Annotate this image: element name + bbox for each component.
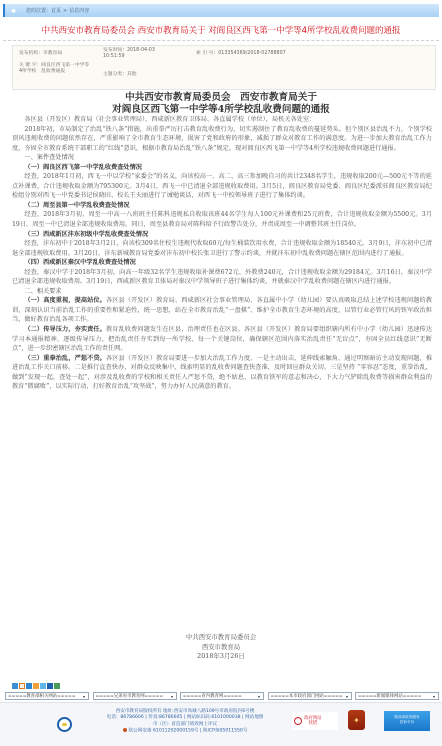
select-ministry-sites[interactable]: =====教育部相关网站===== bbox=[5, 692, 89, 700]
footer-info: 西安市教育局版权所有 地址:西安市凤城八路109号市政府院内6号楼 电话：867… bbox=[80, 709, 290, 735]
page-title: 中共西安市教育局委员会 西安市教育局关于 对阎良区西飞第一中学等4所学校乱收费问… bbox=[0, 24, 442, 36]
print-icon[interactable] bbox=[12, 683, 18, 689]
document-body: 各区县（开发区）教育局（社会事业管理局）、西咸新区教育卫体局、各直属学校（单位）… bbox=[12, 115, 432, 392]
magnifier-icon bbox=[294, 717, 302, 725]
select-sibling-province-sites[interactable]: =====兄弟省市教育网===== bbox=[93, 692, 177, 700]
breadcrumb-home-link[interactable]: 首页 bbox=[51, 7, 61, 14]
publisher-field: 发布机构：市教育局 bbox=[19, 51, 62, 57]
wechat-icon[interactable] bbox=[54, 683, 60, 689]
service-complaint-badge[interactable]: 陕西省政务服务 投诉平台 bbox=[384, 711, 430, 731]
related-links-row: =====教育部相关网站===== =====兄弟省市教育网===== ====… bbox=[5, 692, 439, 700]
chevron-down-icon bbox=[171, 696, 173, 698]
requirement-paragraph: （二）传导压力，夯实责任。教育乱收费问题发生在区县，治理责任也在区县。各区县（开… bbox=[12, 325, 432, 354]
signature-block: 中共西安市教育局委员会 西安市教育局 2018年3月26日 bbox=[0, 633, 442, 662]
chevron-down-icon bbox=[83, 696, 85, 698]
case-paragraph: 经查，秦汉中学于2018年3月初，向高一年级32名学生违规收取补课费672元、外… bbox=[12, 268, 432, 287]
section-heading-requirements: 二、相关要求 bbox=[12, 287, 432, 297]
gov-site-error-report-badge[interactable]: 政府网站 找错 bbox=[292, 712, 338, 730]
signature-org1: 中共西安市教育局委员会 bbox=[0, 633, 442, 643]
select-city-government-sites[interactable]: =====本市政府部门网站===== bbox=[268, 692, 352, 700]
document-title: 中共西安市教育局委员会 西安市教育局关于 对阎良区西飞第一中学等4所学校乱收费问… bbox=[0, 92, 442, 116]
salutation: 各区县（开发区）教育局（社会事业管理局）、西咸新区教育卫体局、各直属学校（单位）… bbox=[12, 115, 432, 125]
case-paragraph: 经查，2018年1月初，西飞一中以学校“家委会”的名义，向该校高一、高二、高三参… bbox=[12, 172, 432, 201]
document-title-line1: 中共西安市教育局委员会 西安市教育局关于 bbox=[0, 92, 442, 104]
footer: 西安市教育局版权所有 地址:西安市凤城八路109号市政府院内6号楼 电话：867… bbox=[0, 702, 442, 746]
breadcrumb-separator: > bbox=[63, 8, 67, 14]
select-provincial-education-sites[interactable]: =====省内教育网===== bbox=[180, 692, 264, 700]
signature-date: 2018年3月26日 bbox=[0, 652, 442, 662]
intro-paragraph: 2018年初，市局制定了治乱“铁八条”措施，出重拳严厉打击教育乱收费行为，切实遏… bbox=[12, 125, 432, 154]
case-heading: （四）西咸新区秦汉中学乱收费查处情况 bbox=[12, 258, 432, 268]
footer-icp[interactable]: 陕公网安备 61011202000159号 | 陕ICP备05011550号 bbox=[80, 728, 290, 735]
index-number-field: 索 引 号：013354369/2018-02788807 bbox=[196, 51, 286, 57]
education-bureau-logo bbox=[57, 717, 72, 732]
select-news-media-sites[interactable]: =====新闻媒体网站===== bbox=[355, 692, 439, 700]
footer-contact[interactable]: 电话：86786606 | 传真:86786605 | 网站标识码:610100… bbox=[80, 715, 290, 721]
bookmark2-icon[interactable] bbox=[47, 683, 53, 689]
category-field: 主题分类：其他 bbox=[103, 72, 137, 78]
case-paragraph: 经查，沣东初中于2018年3月2日，向该校309名住校生违规代收取60元/每生桶… bbox=[12, 239, 432, 258]
star-icon[interactable] bbox=[26, 683, 32, 689]
requirement-paragraph: （一）高度重视，提高站位。各区县（开发区）教育局、西咸新区社会事业管理局、各直属… bbox=[12, 296, 432, 325]
share-toolbar bbox=[12, 683, 60, 689]
chevron-down-icon bbox=[346, 696, 348, 698]
weibo-icon[interactable] bbox=[40, 683, 46, 689]
chevron-down-icon bbox=[258, 696, 260, 698]
home-icon bbox=[11, 9, 16, 13]
publish-date-field: 发布时间：2018-04-03 10:51:59 bbox=[103, 48, 183, 60]
case-heading: （二）周至县第一中学乱收费查处情况 bbox=[12, 201, 432, 211]
party-emblem-icon: ✦ bbox=[353, 716, 360, 725]
breadcrumb-current[interactable]: 信息内容 bbox=[69, 7, 89, 14]
case-paragraph: 经查，2018年3月初，周至一中高一八班班主任陈科违规私自收取该班44名学生每人… bbox=[12, 210, 432, 229]
title-divider bbox=[3, 40, 439, 41]
chevron-down-icon bbox=[433, 696, 435, 698]
meta-info-box: 发布机构：市教育局 发布时间：2018-04-03 10:51:59 索 引 号… bbox=[12, 45, 436, 90]
keywords-field: 关 键 字：阎良区西飞第一中学等4所学校 乱收费通报 bbox=[19, 63, 91, 75]
publish-time: 10:51:59 bbox=[103, 54, 125, 59]
case-heading: （一）阎良区西飞第一中学乱收费查处情况 bbox=[12, 163, 432, 173]
party-government-badge[interactable]: ✦ bbox=[348, 710, 365, 730]
requirement-paragraph: （三）重拳治乱，严惩不贷。各区县（开发区）教育局要进一步加大治乱工作力度。一是主… bbox=[12, 354, 432, 392]
bookmark-icon[interactable] bbox=[19, 683, 25, 689]
police-badge-icon bbox=[123, 728, 127, 732]
section-heading-cases: 一、案件查处情况 bbox=[12, 153, 432, 163]
case-heading: （三）西咸新区沣东初级中学乱收费查处情况 bbox=[12, 230, 432, 240]
breadcrumb: 您的位置： 首页 > 信息内容 bbox=[3, 4, 439, 17]
signature-org2: 西安市教育局 bbox=[0, 643, 442, 653]
breadcrumb-prefix: 您的位置： bbox=[26, 7, 51, 14]
mail-icon[interactable] bbox=[33, 683, 39, 689]
